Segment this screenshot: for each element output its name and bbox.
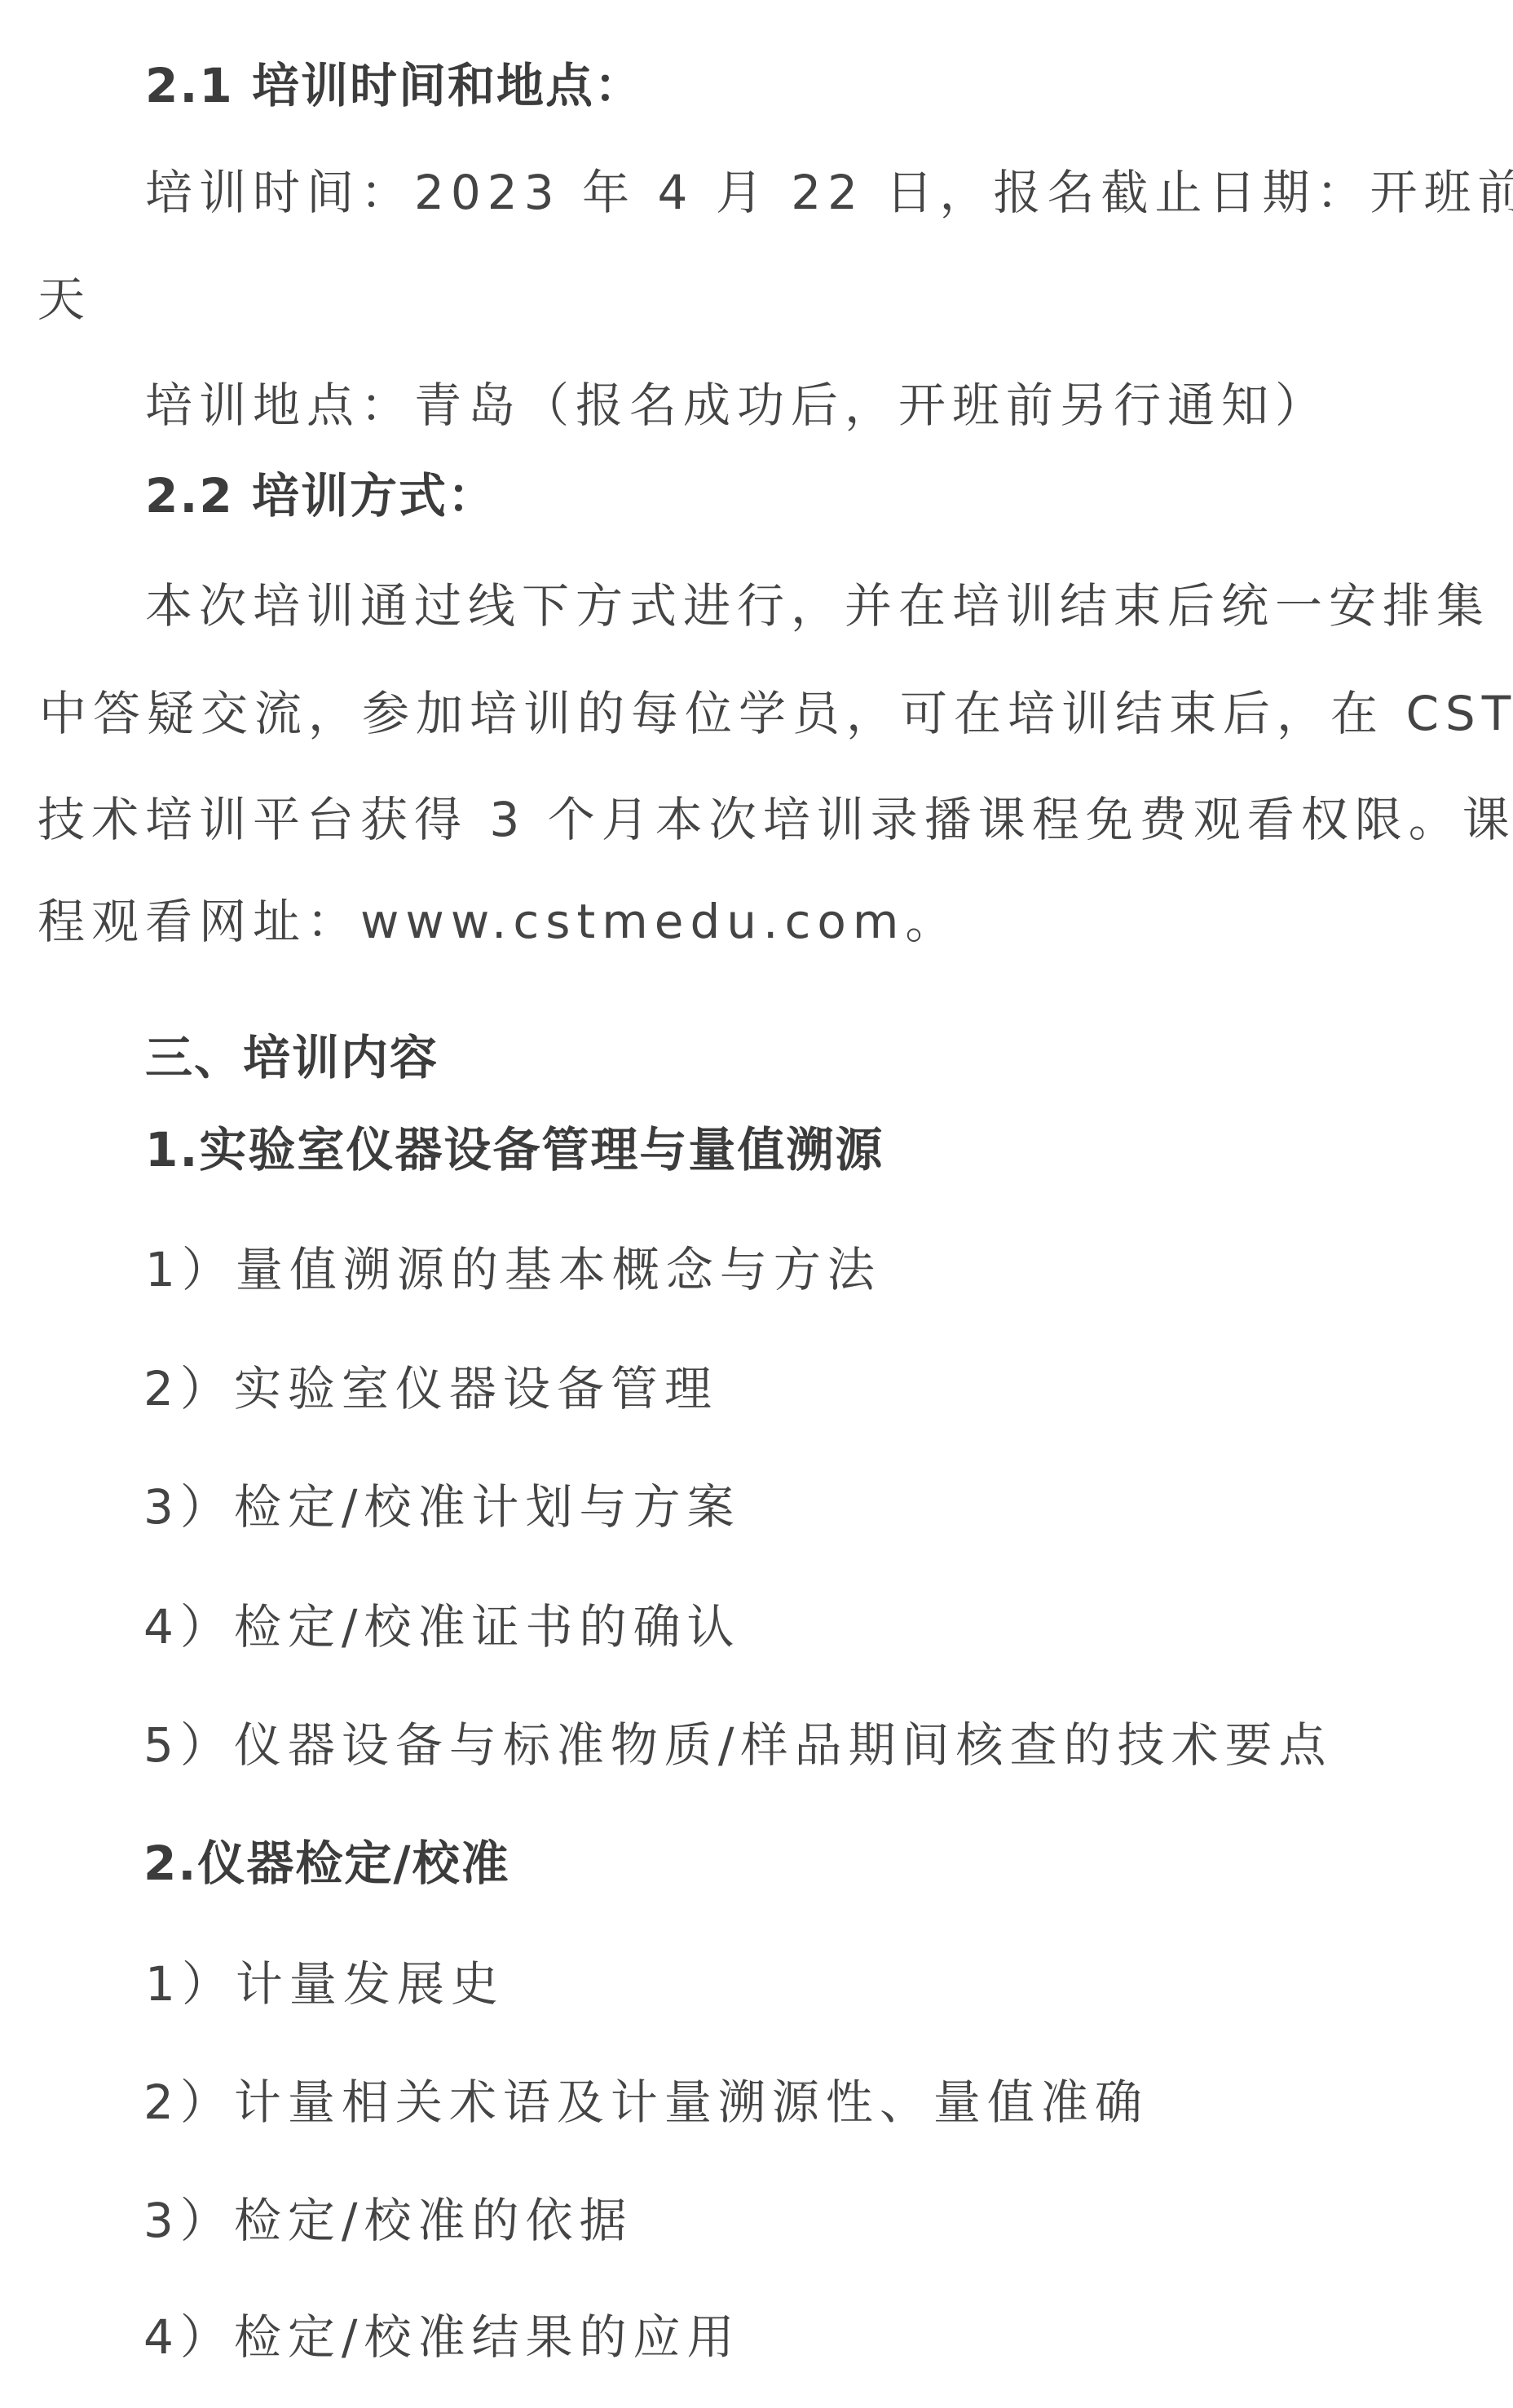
module-1-title: 1.实验室仪器设备管理与量值溯源 bbox=[145, 1121, 884, 1178]
module-1-item: 5）仪器设备与标准物质/样品期间核查的技术要点 bbox=[143, 1717, 1332, 1774]
module-1-item: 3）检定/校准计划与方案 bbox=[143, 1478, 740, 1535]
training-time-line: 培训时间：2023 年 4 月 22 日，报名截止日期：开班前 3 bbox=[145, 164, 1513, 221]
section-heading-3: 三、培训内容 bbox=[145, 1029, 439, 1086]
module-2-item: 4）检定/校准结果的应用 bbox=[143, 2309, 740, 2366]
paragraph-line: 本次培训通过线下方式进行，并在培训结束后统一安排集 bbox=[145, 577, 1490, 634]
section-heading-2-1: 2.1 培训时间和地点： bbox=[145, 57, 643, 114]
training-time-line-wrap: 天 bbox=[37, 271, 91, 328]
paragraph-line: 技术培训平台获得 3 个月本次培训录播课程免费观看权限。课 bbox=[37, 791, 1513, 848]
module-2-title: 2.仪器检定/校准 bbox=[143, 1835, 510, 1892]
training-location-line: 培训地点：青岛（报名成功后，开班前另行通知） bbox=[145, 377, 1329, 434]
module-1-item: 4）检定/校准证书的确认 bbox=[143, 1598, 740, 1655]
section-heading-2-2: 2.2 培训方式： bbox=[145, 467, 496, 524]
module-2-item: 2）计量相关术语及计量溯源性、量值准确 bbox=[143, 2074, 1149, 2131]
module-2-item: 1）计量发展史 bbox=[145, 1955, 505, 2013]
module-1-item: 1）量值溯源的基本概念与方法 bbox=[145, 1241, 881, 1298]
paragraph-line: 中答疑交流，参加培训的每位学员，可在培训结束后，在 CSTM bbox=[39, 685, 1513, 742]
module-1-item: 2）实验室仪器设备管理 bbox=[143, 1360, 718, 1417]
module-2-item: 3）检定/校准的依据 bbox=[143, 2192, 633, 2249]
paragraph-line-url: 程观看网址：www.cstmedu.com。 bbox=[37, 893, 959, 950]
